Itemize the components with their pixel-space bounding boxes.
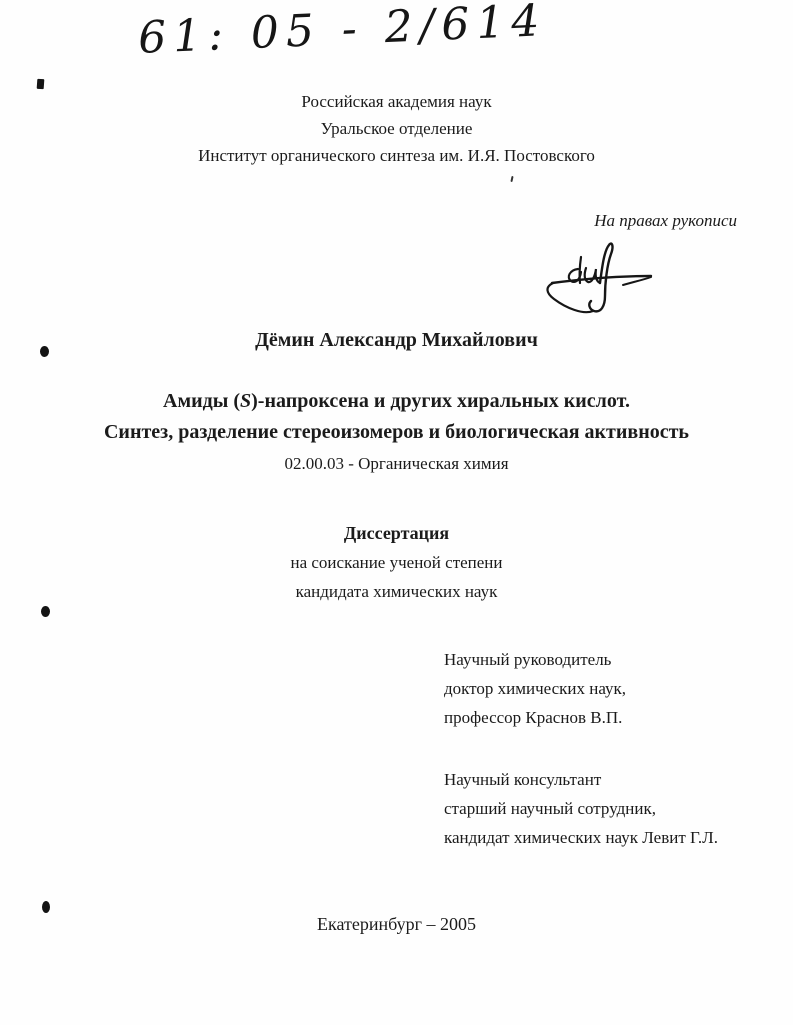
degree-line-2: на соискание ученой степени [0,548,793,577]
supervisor-name: профессор Краснов В.П. [444,703,626,732]
academy-line: Российская академия наук [0,88,793,115]
signature-svg [543,238,765,320]
supervisor-role: Научный руководитель [444,645,626,674]
manuscript-note: На правах рукописи [594,211,737,231]
consultant-name: кандидат химических наук Левит Г.Л. [444,823,718,852]
scan-speck [510,176,513,182]
title-line-2: Синтез, разделение стереоизомеров и биол… [0,417,793,448]
author-name: Дёмин Александр Михайлович [0,329,793,352]
scanned-page: { "colors": { "ink": "#1b1b1b", "paper":… [0,0,793,1025]
consultant-role: Научный консультант [444,765,718,794]
branch-line: Уральское отделение [0,115,793,142]
consultant-block: Научный консультант старший научный сотр… [444,765,718,852]
handwritten-catalog-number: 61: 05 - 2/614 [137,0,547,64]
title-stereo-descriptor: S [240,390,251,412]
dissertation-title: Амиды (S)-напроксена и других хиральных … [0,386,793,448]
degree-heading: Диссертация [0,519,793,548]
institution-header: Российская академия наук Уральское отдел… [0,88,793,169]
degree-block: Диссертация на соискание ученой степени … [0,519,793,606]
institute-line: Институт органического синтеза им. И.Я. … [0,142,793,169]
degree-line-3: кандидата химических наук [0,577,793,606]
supervisor-degree: доктор химических наук, [444,674,626,703]
title-line1-post: )-напроксена и других хиральных кислот. [251,390,630,412]
supervisor-block: Научный руководитель доктор химических н… [444,645,626,732]
imprint-line: Екатеринбург – 2005 [0,914,793,935]
scan-mark-bottom [42,901,50,913]
consultant-degree: старший научный сотрудник, [444,794,718,823]
title-line-1: Амиды (S)-напроксена и других хиральных … [0,386,793,417]
scan-mark-lower-middle [41,606,50,617]
signature-icon [543,238,765,325]
title-line1-pre: Амиды ( [163,390,240,412]
specialty-code: 02.00.03 - Органическая химия [0,454,793,474]
